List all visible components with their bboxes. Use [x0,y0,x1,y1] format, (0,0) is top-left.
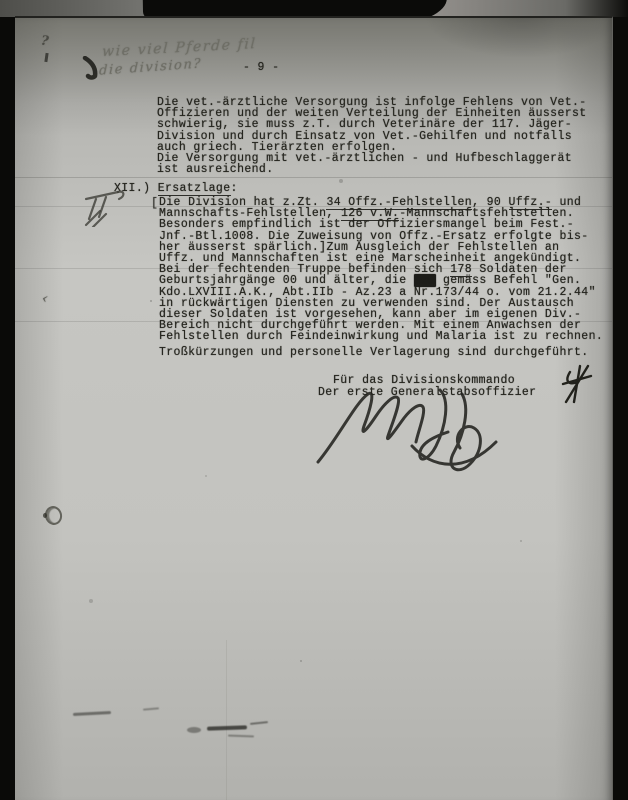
scanned-document: - 9 - Die vet.-ärztliche Versorgung ist … [0,0,628,800]
paragraph-trosskuerzungen: Troßkürzungen und personelle Verlagerung… [159,347,589,358]
smudge-mark [187,727,201,733]
hole-stain-dot [43,513,47,518]
vertical-crease [226,640,227,800]
fold-line [15,177,612,178]
pen-flick-mark [81,56,103,80]
signature-scribble [312,384,507,479]
margin-query-mark: ? [40,34,51,50]
section-heading-ersatzlage: XII.) Ersatzlage: [114,183,238,194]
pencil-bracket-open: [ [151,197,158,210]
paragraph-ersatzlage: Die Division hat z.Zt. 34 Offz.-Fehlstel… [159,197,603,342]
paragraph-vet-versorgung: Die vet.-ärztliche Versorgung ist infolg… [157,97,587,175]
page-number: - 9 - [243,61,279,74]
margin-initials-mark [84,189,128,227]
ink-initials-mark [560,364,594,406]
dust-specks [0,0,2,2]
